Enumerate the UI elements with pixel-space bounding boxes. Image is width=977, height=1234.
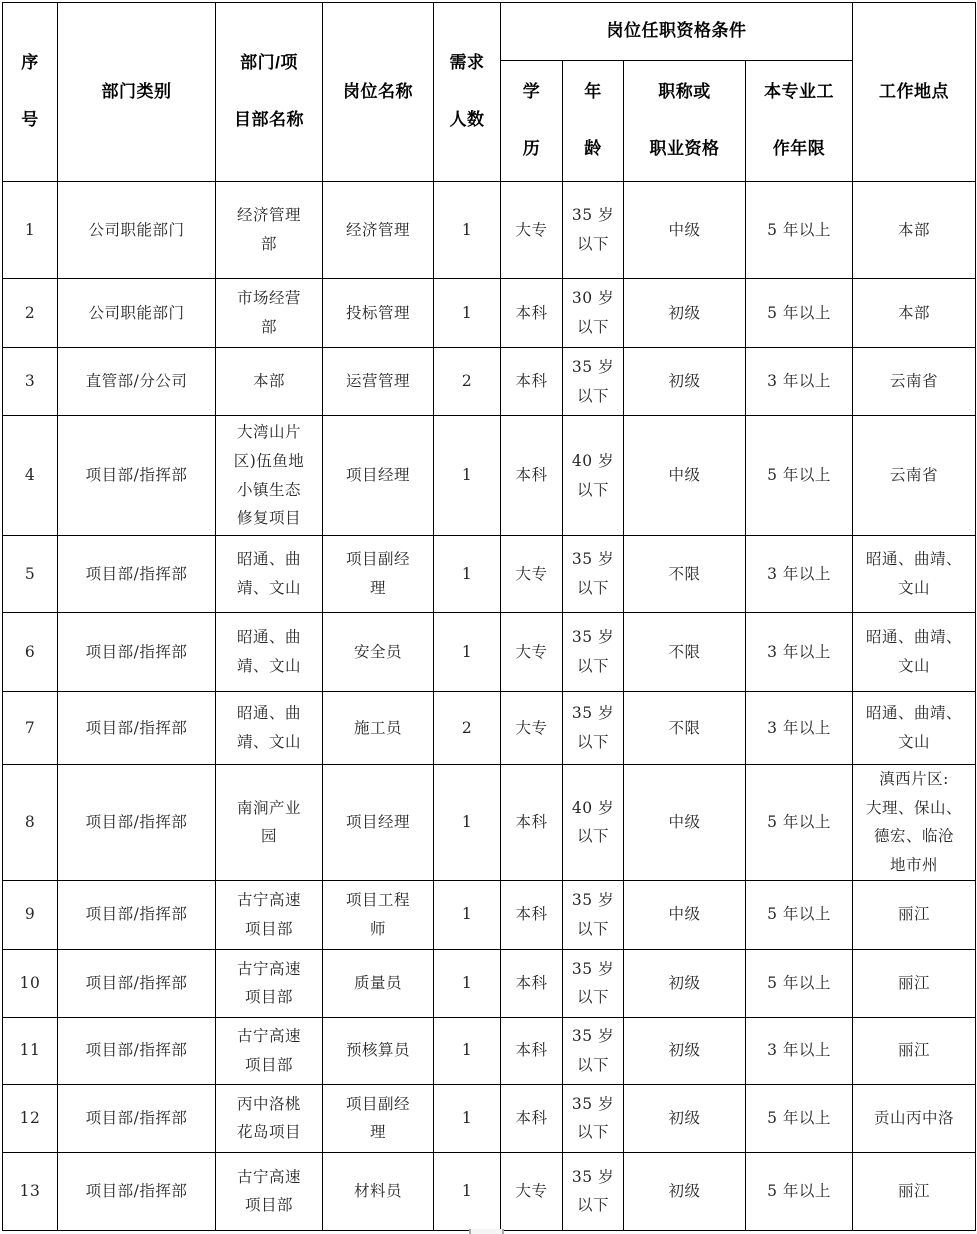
table-row: 10项目部/指挥部古宁高速 项目部质量员1本科35 岁 以下初级5 年以上丽江 — [3, 949, 976, 1017]
cell-location: 滇西片区: 大理、保山、 德宏、临沧 地市州 — [853, 765, 976, 881]
cell-seq: 8 — [3, 765, 58, 881]
cell-location: 丽江 — [853, 1152, 976, 1230]
cell-years: 3 年以上 — [746, 1017, 853, 1084]
cell-age: 40 岁 以下 — [563, 416, 624, 536]
cell-age: 35 岁 以下 — [563, 182, 624, 279]
header-dept: 部门/项 目部名称 — [216, 3, 323, 182]
header-years: 本专业工 作年限 — [746, 61, 853, 182]
cell-title: 不限 — [624, 536, 746, 613]
cell-education: 本科 — [501, 765, 563, 881]
cell-category: 项目部/指挥部 — [58, 880, 216, 949]
cell-position: 项目经理 — [323, 765, 434, 881]
cell-years: 3 年以上 — [746, 536, 853, 613]
cell-count: 1 — [434, 1084, 501, 1152]
header-position: 岗位名称 — [323, 3, 434, 182]
cell-title: 初级 — [624, 949, 746, 1017]
cell-years: 3 年以上 — [746, 613, 853, 692]
header-qualification-group: 岗位任职资格条件 — [501, 3, 853, 61]
cell-seq: 2 — [3, 279, 58, 348]
cell-dept: 经济管理 部 — [216, 182, 323, 279]
cell-dept: 昭通、曲 靖、文山 — [216, 536, 323, 613]
cell-age: 35 岁 以下 — [563, 880, 624, 949]
table-row: 12项目部/指挥部丙中洛桃 花岛项目项目副经 理1本科35 岁 以下初级5 年以… — [3, 1084, 976, 1152]
table-row: 1公司职能部门经济管理 部经济管理1大专35 岁 以下中级5 年以上本部 — [3, 182, 976, 279]
cell-education: 大专 — [501, 1152, 563, 1230]
cell-dept: 丙中洛桃 花岛项目 — [216, 1084, 323, 1152]
cell-location: 丽江 — [853, 880, 976, 949]
cell-education: 本科 — [501, 880, 563, 949]
cell-location: 贡山丙中洛 — [853, 1084, 976, 1152]
cell-location: 本部 — [853, 279, 976, 348]
recruitment-table-page: 序 号 部门类别 部门/项 目部名称 岗位名称 需求 人数 岗位任职资格条件 工… — [0, 0, 977, 1234]
cell-category: 项目部/指挥部 — [58, 1017, 216, 1084]
header-count: 需求 人数 — [434, 3, 501, 182]
table-row: 5项目部/指挥部昭通、曲 靖、文山项目副经 理1大专35 岁 以下不限3 年以上… — [3, 536, 976, 613]
cell-age: 35 岁 以下 — [563, 536, 624, 613]
cell-title: 不限 — [624, 613, 746, 692]
header-title: 职称或 职业资格 — [624, 61, 746, 182]
cell-count: 1 — [434, 880, 501, 949]
cell-seq: 10 — [3, 949, 58, 1017]
cell-dept: 古宁高速 项目部 — [216, 1152, 323, 1230]
cell-years: 5 年以上 — [746, 765, 853, 881]
cell-title: 初级 — [624, 348, 746, 416]
cell-category: 公司职能部门 — [58, 182, 216, 279]
header-location: 工作地点 — [853, 3, 976, 182]
cell-age: 40 岁 以下 — [563, 765, 624, 881]
header-seq: 序 号 — [3, 3, 58, 182]
cell-dept: 昭通、曲 靖、文山 — [216, 692, 323, 765]
cell-count: 1 — [434, 613, 501, 692]
cell-count: 1 — [434, 765, 501, 881]
table-row: 8项目部/指挥部南涧产业 园项目经理1本科40 岁 以下中级5 年以上滇西片区:… — [3, 765, 976, 881]
cell-category: 直管部/分公司 — [58, 348, 216, 416]
cell-seq: 9 — [3, 880, 58, 949]
cell-age: 30 岁 以下 — [563, 279, 624, 348]
cell-position: 施工员 — [323, 692, 434, 765]
cell-category: 项目部/指挥部 — [58, 1084, 216, 1152]
cell-position: 安全员 — [323, 613, 434, 692]
cell-title: 中级 — [624, 182, 746, 279]
table-row: 11项目部/指挥部古宁高速 项目部预核算员1本科35 岁 以下初级3 年以上丽江 — [3, 1017, 976, 1084]
header-age: 年 龄 — [563, 61, 624, 182]
cell-dept: 大湾山片 区)伍鱼地 小镇生态 修复项目 — [216, 416, 323, 536]
cell-category: 项目部/指挥部 — [58, 1152, 216, 1230]
cell-count: 1 — [434, 1017, 501, 1084]
cell-location: 丽江 — [853, 949, 976, 1017]
cell-years: 3 年以上 — [746, 692, 853, 765]
cell-count: 2 — [434, 348, 501, 416]
table-row: 2公司职能部门市场经营 部投标管理1本科30 岁 以下初级5 年以上本部 — [3, 279, 976, 348]
cell-position: 预核算员 — [323, 1017, 434, 1084]
table-row: 4项目部/指挥部大湾山片 区)伍鱼地 小镇生态 修复项目项目经理1本科40 岁 … — [3, 416, 976, 536]
cell-count: 1 — [434, 1152, 501, 1230]
cell-position: 运营管理 — [323, 348, 434, 416]
cell-education: 大专 — [501, 613, 563, 692]
cell-category: 项目部/指挥部 — [58, 613, 216, 692]
cell-category: 项目部/指挥部 — [58, 765, 216, 881]
cell-seq: 12 — [3, 1084, 58, 1152]
cell-age: 35 岁 以下 — [563, 692, 624, 765]
cell-title: 初级 — [624, 279, 746, 348]
horizontal-scrollbar-thumb[interactable] — [469, 1229, 504, 1234]
cell-location: 昭通、曲靖、 文山 — [853, 536, 976, 613]
cell-education: 本科 — [501, 949, 563, 1017]
cell-position: 经济管理 — [323, 182, 434, 279]
cell-seq: 6 — [3, 613, 58, 692]
cell-category: 公司职能部门 — [58, 279, 216, 348]
table-row: 7项目部/指挥部昭通、曲 靖、文山施工员2大专35 岁 以下不限3 年以上昭通、… — [3, 692, 976, 765]
cell-seq: 4 — [3, 416, 58, 536]
cell-education: 本科 — [501, 1084, 563, 1152]
cell-seq: 13 — [3, 1152, 58, 1230]
cell-title: 初级 — [624, 1152, 746, 1230]
cell-count: 1 — [434, 279, 501, 348]
cell-years: 5 年以上 — [746, 880, 853, 949]
cell-years: 5 年以上 — [746, 1084, 853, 1152]
cell-education: 本科 — [501, 279, 563, 348]
cell-education: 大专 — [501, 536, 563, 613]
table-row: 9项目部/指挥部古宁高速 项目部项目工程 师1本科35 岁 以下中级5 年以上丽… — [3, 880, 976, 949]
cell-years: 5 年以上 — [746, 182, 853, 279]
cell-education: 大专 — [501, 182, 563, 279]
cell-position: 质量员 — [323, 949, 434, 1017]
cell-title: 中级 — [624, 880, 746, 949]
cell-position: 项目工程 师 — [323, 880, 434, 949]
cell-position: 项目副经 理 — [323, 1084, 434, 1152]
cell-title: 不限 — [624, 692, 746, 765]
cell-seq: 3 — [3, 348, 58, 416]
cell-count: 2 — [434, 692, 501, 765]
cell-category: 项目部/指挥部 — [58, 416, 216, 536]
table-row: 6项目部/指挥部昭通、曲 靖、文山安全员1大专35 岁 以下不限3 年以上昭通、… — [3, 613, 976, 692]
cell-age: 35 岁 以下 — [563, 1152, 624, 1230]
cell-category: 项目部/指挥部 — [58, 692, 216, 765]
cell-seq: 1 — [3, 182, 58, 279]
cell-title: 中级 — [624, 416, 746, 536]
cell-years: 5 年以上 — [746, 279, 853, 348]
cell-position: 材料员 — [323, 1152, 434, 1230]
cell-age: 35 岁 以下 — [563, 613, 624, 692]
cell-seq: 7 — [3, 692, 58, 765]
cell-count: 1 — [434, 182, 501, 279]
cell-education: 本科 — [501, 1017, 563, 1084]
cell-count: 1 — [434, 416, 501, 536]
cell-location: 丽江 — [853, 1017, 976, 1084]
cell-location: 昭通、曲靖、 文山 — [853, 692, 976, 765]
table-header: 序 号 部门类别 部门/项 目部名称 岗位名称 需求 人数 岗位任职资格条件 工… — [3, 3, 976, 182]
header-category: 部门类别 — [58, 3, 216, 182]
cell-title: 中级 — [624, 765, 746, 881]
cell-education: 大专 — [501, 692, 563, 765]
cell-years: 5 年以上 — [746, 949, 853, 1017]
cell-location: 昭通、曲靖、 文山 — [853, 613, 976, 692]
cell-dept: 市场经营 部 — [216, 279, 323, 348]
cell-count: 1 — [434, 536, 501, 613]
cell-position: 项目副经 理 — [323, 536, 434, 613]
cell-dept: 昭通、曲 靖、文山 — [216, 613, 323, 692]
cell-position: 项目经理 — [323, 416, 434, 536]
cell-location: 云南省 — [853, 348, 976, 416]
cell-category: 项目部/指挥部 — [58, 949, 216, 1017]
table-row: 13项目部/指挥部古宁高速 项目部材料员1大专35 岁 以下初级5 年以上丽江 — [3, 1152, 976, 1230]
cell-seq: 5 — [3, 536, 58, 613]
recruitment-table: 序 号 部门类别 部门/项 目部名称 岗位名称 需求 人数 岗位任职资格条件 工… — [2, 2, 976, 1231]
cell-years: 5 年以上 — [746, 416, 853, 536]
cell-category: 项目部/指挥部 — [58, 536, 216, 613]
cell-years: 5 年以上 — [746, 1152, 853, 1230]
cell-position: 投标管理 — [323, 279, 434, 348]
cell-count: 1 — [434, 949, 501, 1017]
cell-age: 35 岁 以下 — [563, 1084, 624, 1152]
cell-dept: 古宁高速 项目部 — [216, 949, 323, 1017]
cell-age: 35 岁 以下 — [563, 348, 624, 416]
table-body: 1公司职能部门经济管理 部经济管理1大专35 岁 以下中级5 年以上本部2公司职… — [3, 182, 976, 1231]
cell-education: 本科 — [501, 348, 563, 416]
cell-dept: 本部 — [216, 348, 323, 416]
cell-dept: 南涧产业 园 — [216, 765, 323, 881]
cell-education: 本科 — [501, 416, 563, 536]
cell-location: 本部 — [853, 182, 976, 279]
cell-age: 35 岁 以下 — [563, 949, 624, 1017]
cell-location: 云南省 — [853, 416, 976, 536]
cell-seq: 11 — [3, 1017, 58, 1084]
table-row: 3直管部/分公司本部运营管理2本科35 岁 以下初级3 年以上云南省 — [3, 348, 976, 416]
header-row-top: 序 号 部门类别 部门/项 目部名称 岗位名称 需求 人数 岗位任职资格条件 工… — [3, 3, 976, 61]
header-education: 学 历 — [501, 61, 563, 182]
cell-dept: 古宁高速 项目部 — [216, 1017, 323, 1084]
cell-title: 初级 — [624, 1017, 746, 1084]
cell-title: 初级 — [624, 1084, 746, 1152]
cell-age: 35 岁 以下 — [563, 1017, 624, 1084]
cell-dept: 古宁高速 项目部 — [216, 880, 323, 949]
cell-years: 3 年以上 — [746, 348, 853, 416]
